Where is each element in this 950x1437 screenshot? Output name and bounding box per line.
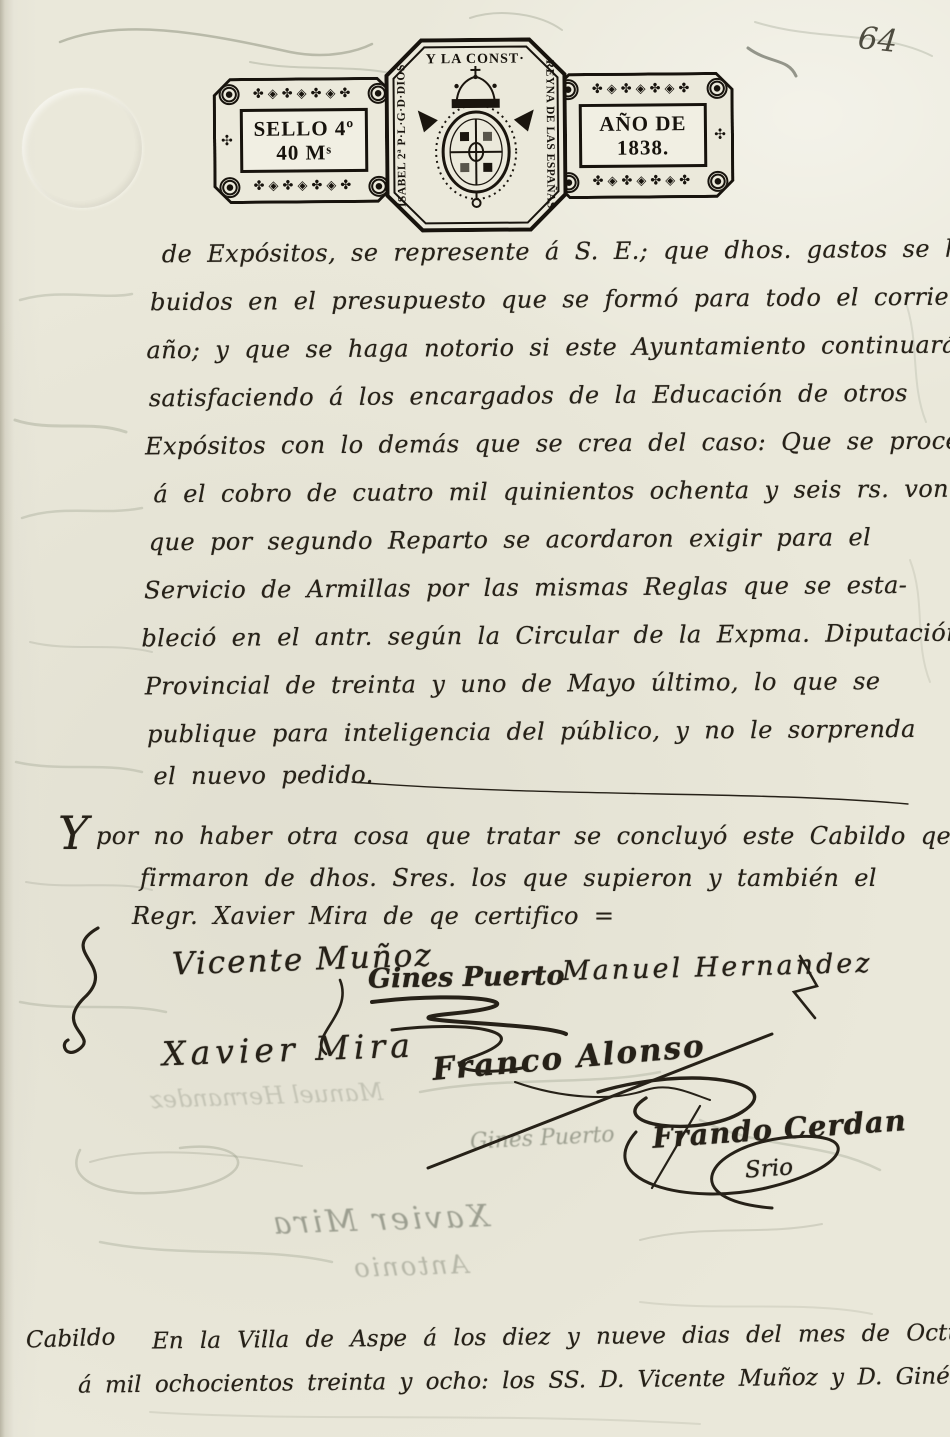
- stamp-maravedis-line: 40 Mˢ: [276, 140, 332, 165]
- stamp-right-panel: ✤◈✤◈✤◈✤ ✤◈✤◈✤◈✤ ✣ AÑO DE 1838.: [551, 72, 734, 200]
- body-line: Servicio de Armillas por las mismas Regl…: [144, 571, 907, 604]
- body-line: publique para inteligencia del público, …: [147, 715, 916, 748]
- body-line: satisfaciendo á los encargados de la Edu…: [149, 379, 908, 412]
- end-of-paragraph-rule: [352, 782, 908, 804]
- stamp-year-label: AÑO DE 1838.: [579, 103, 708, 168]
- bleedthrough-signature: Gines Puerto: [469, 1122, 615, 1155]
- body-line: de Expósitos, se represente á S. E.; que…: [162, 234, 950, 268]
- body-line: Provincial de treinta y uno de Mayo últi…: [145, 667, 881, 700]
- page-number: 64: [856, 20, 899, 60]
- quatrefoil-icon: ✣: [221, 133, 233, 149]
- revenue-stamp: ✤◈✤◈✤◈✤ ✤◈✤◈✤◈✤ ✣ SELLO 4º 40 Mˢ ✤◈✤◈✤◈✤…: [209, 34, 736, 239]
- quatrefoil-icon: ✣: [714, 127, 726, 143]
- signature-frando-cerdan: Frando Cerdan: [651, 1103, 908, 1155]
- body-line: año; y que se haga notorio si este Ayunt…: [146, 331, 950, 365]
- bullseye-icon: [219, 177, 240, 198]
- stamp-royal-medallion: Y LA CONST· ISABEL 2ª P·L·G·D·DIOS REYNA…: [384, 37, 568, 233]
- signature-xavier-mira: Xavier Mira: [161, 1026, 415, 1074]
- stamp-ornament-row: ✤◈✤◈✤◈✤: [242, 176, 366, 197]
- stamp-left-panel: ✤◈✤◈✤◈✤ ✤◈✤◈✤◈✤ ✣ SELLO 4º 40 Mˢ: [212, 77, 395, 205]
- signature-gines-puerto: Gines Puerto: [368, 960, 565, 994]
- medallion-text-right: REYNA DE LAS ESPAÑAS: [543, 60, 558, 209]
- bullseye-icon: [707, 171, 728, 192]
- bleedthrough-signature: Antonio: [352, 1250, 469, 1284]
- bleedthrough-signature: Manuel Hernandez: [150, 1078, 384, 1114]
- closing-initial: Y: [58, 806, 88, 860]
- stamp-ornament-row: ✤◈✤◈✤◈✤: [242, 84, 366, 105]
- stamp-ano-de-line: AÑO DE: [599, 111, 686, 136]
- bullseye-icon: [707, 78, 728, 99]
- closing-line: firmaron de dhos. Sres. los que supieron…: [140, 864, 877, 892]
- stamp-denomination-label: SELLO 4º 40 Mˢ: [240, 108, 369, 173]
- signature-cerdan-title: Srio: [744, 1154, 794, 1183]
- footer-line: En la Villa de Aspe á los diez y nueve d…: [152, 1320, 950, 1355]
- margin-note-cabildo: Cabildo: [26, 1324, 116, 1353]
- body-line: que por segundo Reparto se acordaron exi…: [149, 523, 872, 556]
- embossed-seal: [22, 88, 142, 208]
- footer-line: á mil ochocientos treinta y ocho: los SS…: [78, 1363, 950, 1398]
- closing-line: por no haber otra cosa que tratar se con…: [96, 822, 950, 850]
- stamp-sello-line: SELLO 4º: [253, 116, 354, 141]
- stamp-ornament-row: ✤◈✤◈✤◈✤: [581, 171, 705, 192]
- manuscript-page: { "page": { "number": "64" }, "colors": …: [0, 0, 950, 1437]
- body-line: el nuevo pedido.: [153, 761, 373, 791]
- bleedthrough-signature: Xavier Mira: [269, 1198, 489, 1242]
- body-paragraph: de Expósitos, se represente á S. E.; que…: [0, 0, 950, 3]
- body-line: bleció en el antr. según la Circular de …: [141, 619, 950, 653]
- signature-franco-alonso: Franco Alonso: [431, 1028, 707, 1088]
- bullseye-icon: [219, 84, 240, 105]
- medallion-text-left: ISABEL 2ª P·L·G·D·DIOS: [395, 64, 408, 207]
- stamp-year-line: 1838.: [617, 135, 669, 160]
- signature-manuel-hernandez: Manuel Hernandez: [562, 948, 873, 987]
- stamp-ornament-row: ✤◈✤◈✤◈✤: [581, 79, 705, 100]
- medallion-text-top: Y LA CONST·: [426, 52, 525, 68]
- body-line: buidos en el presupuesto que se formó pa…: [150, 282, 950, 316]
- body-line: á el cobro de cuatro mil quinientos oche…: [153, 475, 949, 509]
- closing-line: Regr. Xavier Mira de qe certifico =: [132, 902, 614, 930]
- body-line: Expósitos con lo demás que se crea del c…: [145, 426, 950, 460]
